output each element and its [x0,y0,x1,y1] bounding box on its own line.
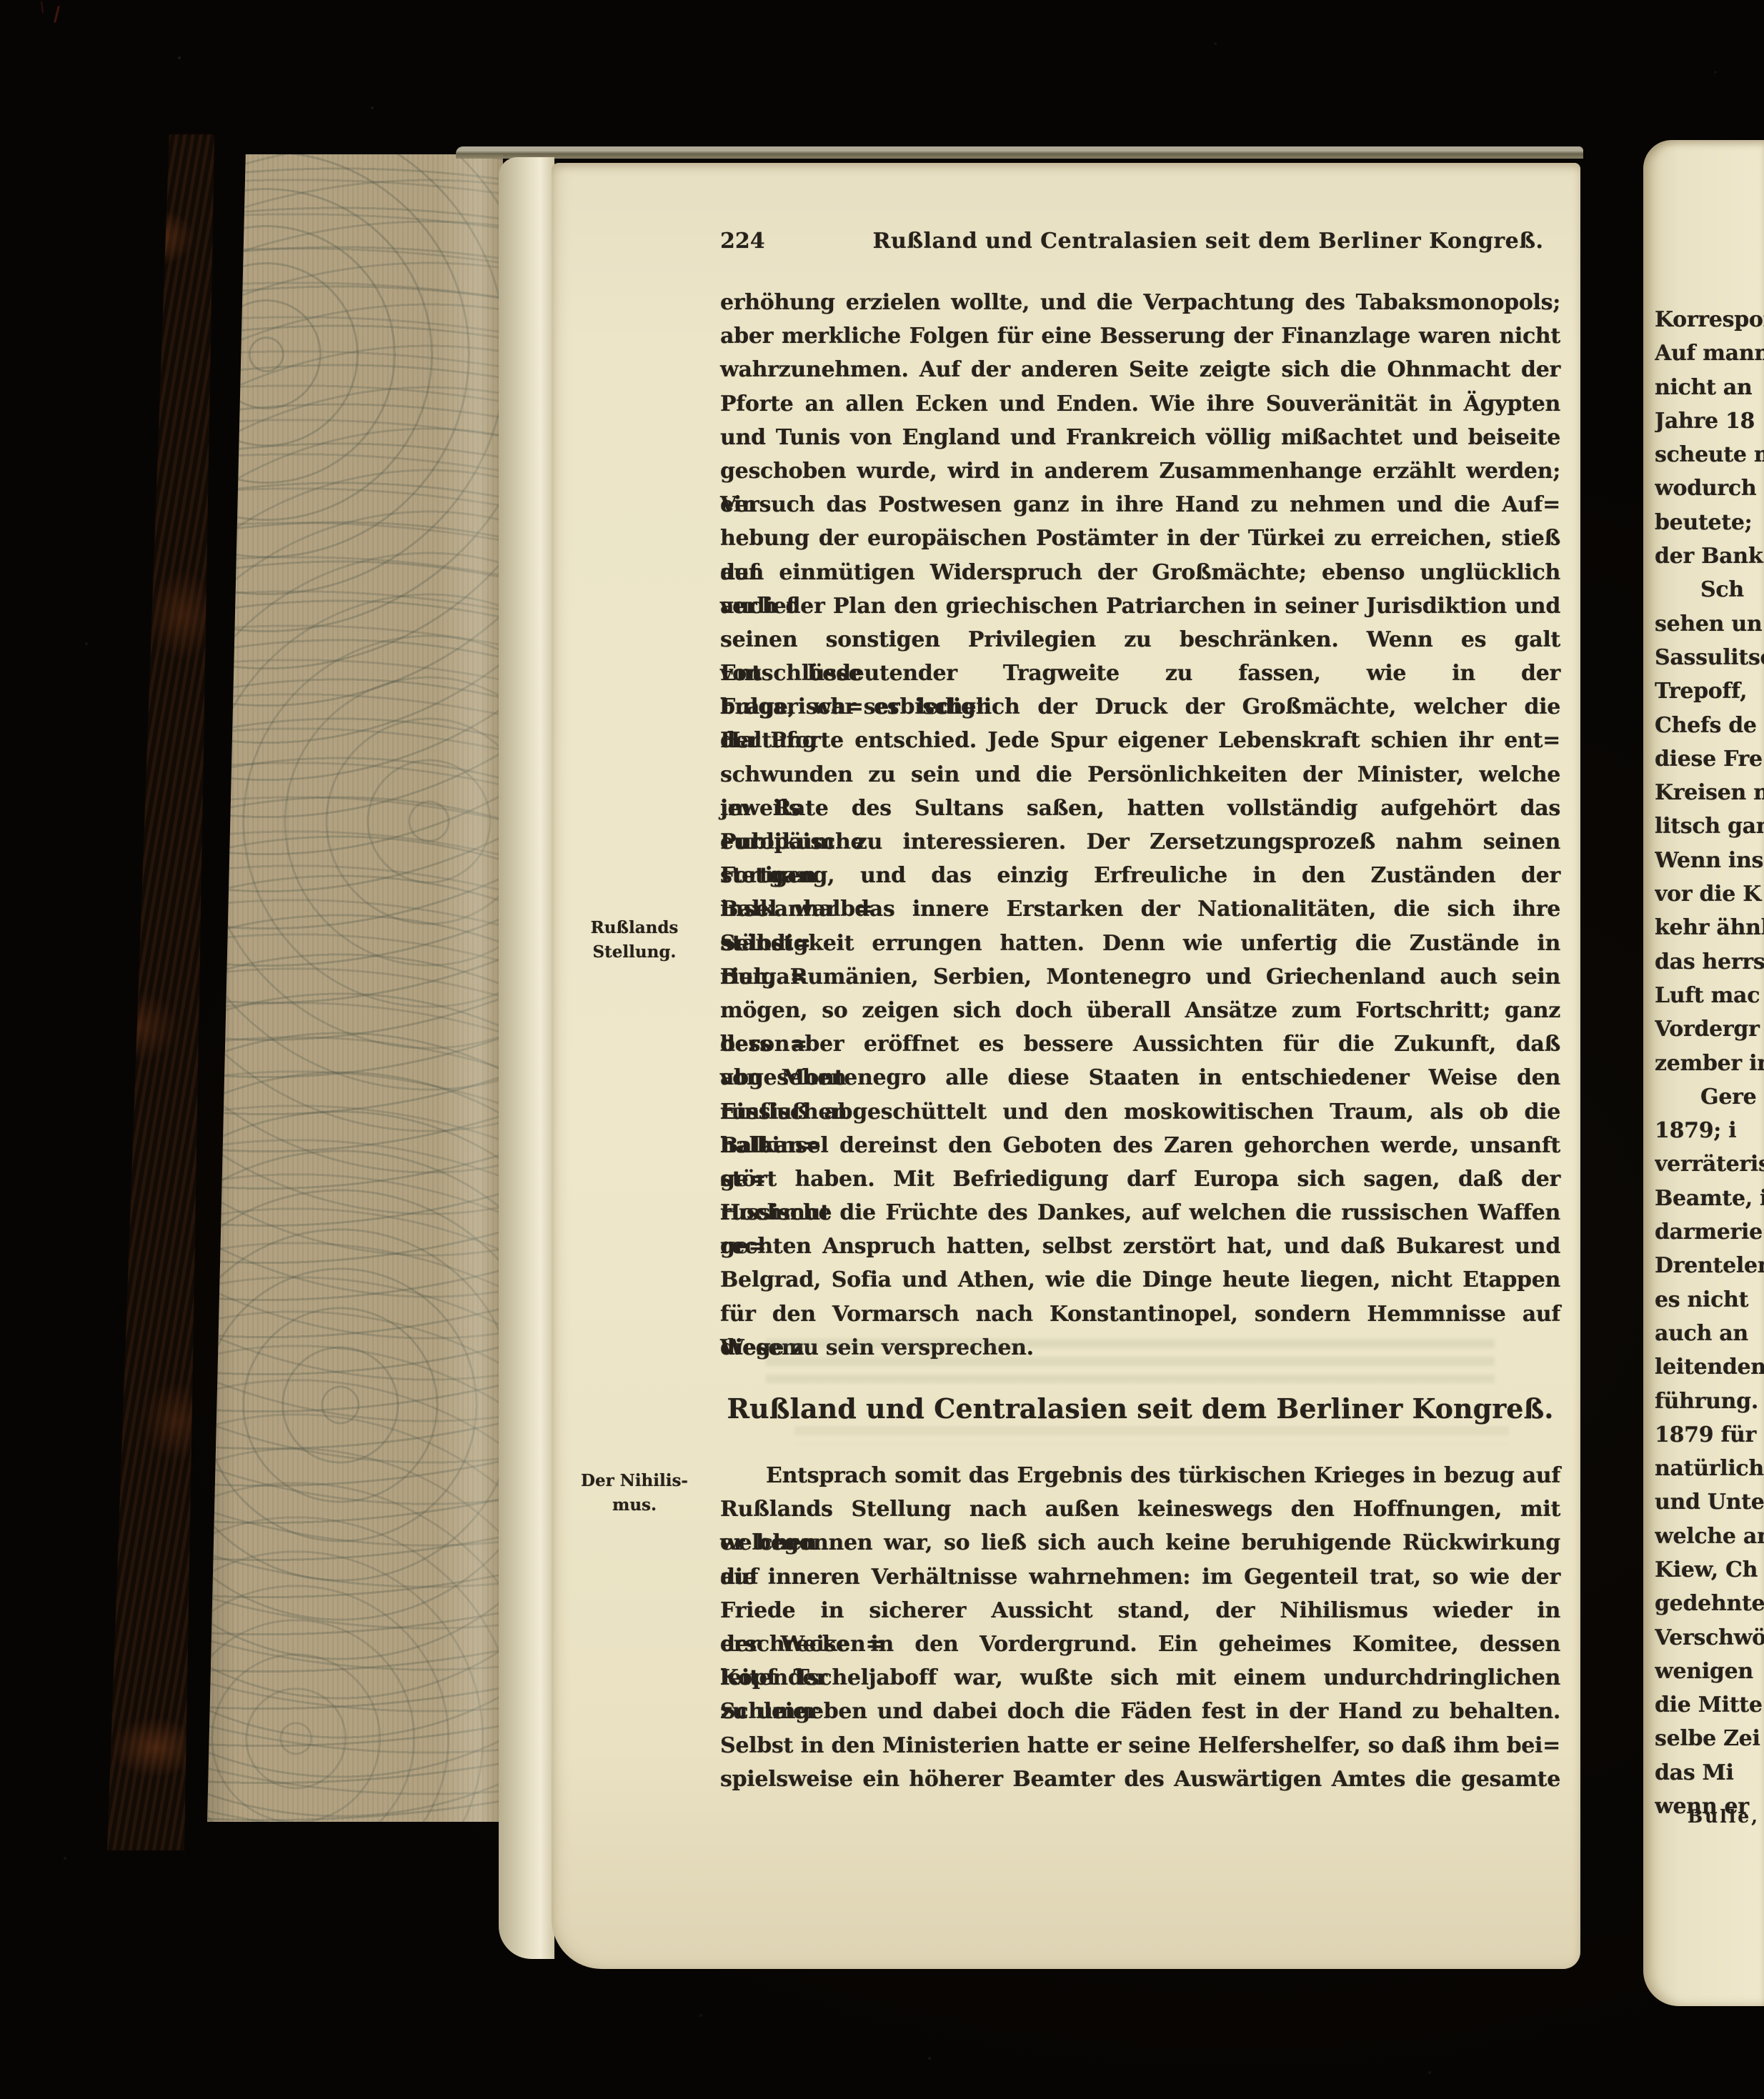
text-line: Sch [1655,573,1764,607]
text-line: welche an [1655,1520,1764,1553]
text-line: insel war das innere Erstarken der Natio… [720,892,1560,926]
text-line: er begonnen war, so ließ sich auch keine… [720,1526,1560,1560]
text-line: zember in [1655,1047,1764,1080]
text-line: auch der Plan den griechischen Patriarch… [720,589,1560,623]
text-line: ders aber eröffnet es bessere Aussichten… [720,1027,1560,1061]
marbled-fore-edge [207,154,503,1822]
text-line: das herrs [1655,945,1764,979]
paragraph-1: erhöhung erzielen wollte, und die Verpac… [720,286,1560,1365]
text-line: Publikum zu interessieren. Der Zersetzun… [720,825,1560,859]
text-line: Einfluß abgeschüttelt und den moskowitis… [720,1095,1560,1129]
text-line: Luft mac [1655,979,1764,1012]
gutter-shadow [1522,143,1650,2008]
text-line: verräteris [1655,1147,1764,1181]
text-line: natürlich [1655,1452,1764,1485]
dust-specks [0,0,1,1]
footer-signature: Bulle, 1 [1688,1806,1764,1827]
text-line: der Pforte entschied. Jede Spur eigener … [720,724,1560,757]
text-line: 1879 für [1655,1418,1764,1452]
text-line: spielsweise ein höherer Beamter des Ausw… [720,1763,1560,1796]
text-line: Trepoff, [1655,674,1764,708]
text-line: leitenden [1655,1350,1764,1384]
text-line: sehen un [1655,607,1764,641]
text-line: der Weise in den Vordergrund. Ein geheim… [720,1627,1560,1661]
page-number: 224 [720,224,765,258]
text-line: gedehnten [1655,1587,1764,1620]
text-line: im Rate des Sultans saßen, hatten vollst… [720,792,1560,825]
paragraph-2: Entsprach somit das Ergebnis des türkisc… [720,1459,1560,1796]
text-line: für den Vormarsch nach Konstantinopel, s… [720,1297,1560,1331]
left-page: 224 Rußland und Centralasien seit dem Be… [552,163,1580,1969]
text-line: Friede in sicherer Aussicht stand, der N… [720,1594,1560,1627]
text-line: den einmütigen Widerspruch der Großmächt… [720,556,1560,589]
text-line: Rußlands [556,916,713,940]
page-stack-left-edge [499,157,554,1959]
text-line: das Mi [1655,1756,1764,1790]
text-line: halbinsel dereinst den Geboten des Zaren… [720,1129,1560,1162]
page-stack-top-edge [456,146,1583,159]
text-line: und Tunis von England und Frankreich völ… [720,421,1560,454]
text-line: schwunden zu sein und die Persönlichkeit… [720,758,1560,792]
text-line: beutete; [1655,506,1764,539]
text-line: Frage, war es lediglich der Druck der Gr… [720,690,1560,724]
book-scan: 224 Rußland und Centralasien seit dem Be… [0,0,1764,2099]
text-line: Rußlands Stellung nach außen keineswegs … [720,1492,1560,1526]
text-line: die Mitte [1655,1688,1764,1722]
text-line: mus. [556,1493,713,1517]
text-line: Korrespon [1655,303,1764,336]
section-heading: Rußland und Centralasien seit dem Berlin… [720,1389,1560,1429]
text-line: Belgrad, Sofia und Athen, wie die Dinge … [720,1263,1560,1297]
text-line: Stellung. [556,940,713,964]
text-line: scheute m [1655,438,1764,472]
text-line: mögen, so zeigen sich doch überall Ansät… [720,994,1560,1027]
text-line: Sassulitsch [1655,641,1764,674]
page-header: 224 Rußland und Centralasien seit dem Be… [720,224,1560,258]
text-line: Selbst in den Ministerien hatte er seine… [720,1729,1560,1763]
text-line: Kreisen n [1655,776,1764,809]
text-line: diese Fre [1655,742,1764,776]
text-line: stört haben. Mit Befriedigung darf Europ… [720,1162,1560,1196]
text-line: rien, Rumänien, Serbien, Montenegro und … [720,960,1560,994]
text-line: Auf mann [1655,336,1764,370]
text-line: Vordergr [1655,1012,1764,1046]
text-line: zu umgeben und dabei doch die Fäden fest… [720,1695,1560,1728]
text-line: vor die K [1655,877,1764,911]
text-line: seinen sonstigen Privilegien zu beschrän… [720,623,1560,657]
book-cover-edge [107,134,214,1850]
text-line: nicht an [1655,371,1764,404]
right-page-sliver: KorresponAuf mannnicht anJahre 18scheute… [1643,140,1764,2006]
text-line: Entsprach somit das Ergebnis des türkisc… [720,1459,1560,1492]
text-line: Drentelen [1655,1249,1764,1282]
text-line: auch an [1655,1317,1764,1350]
text-line: und Unte [1655,1485,1764,1519]
text-line: darmerie [1655,1215,1764,1249]
text-line: geschoben wurde, wird in anderem Zusamme… [720,454,1560,488]
scratch-mark [41,1,44,13]
text-line: der Bank [1655,539,1764,573]
margin-note-russlands-stellung: RußlandsStellung. [556,916,713,964]
text-line: es nicht [1655,1283,1764,1317]
text-line: Hochmut die Früchte des Dankes, auf welc… [720,1196,1560,1230]
text-line: Gere [1655,1080,1764,1114]
text-line: wenigen [1655,1655,1764,1688]
text-line: Kiew, Ch [1655,1553,1764,1587]
text-line: selbe Zei [1655,1722,1764,1755]
text-line: wahrzunehmen. Auf der anderen Seite zeig… [720,353,1560,387]
text-line: kehr ähnl [1655,911,1764,944]
text-line: Wenn ins [1655,844,1764,877]
text-line: Jahre 18 [1655,404,1764,438]
show-through [766,1339,1495,1383]
right-page-text: KorresponAuf mannnicht anJahre 18scheute… [1655,303,1764,1823]
text-line: litsch gan [1655,809,1764,843]
text-line: wodurch [1655,472,1764,505]
scratch-mark [54,6,60,23]
margin-note-der-nihilismus: Der Nihilis-mus. [556,1469,713,1517]
text-line: Kopf Tscheljaboff war, wußte sich mit ei… [720,1661,1560,1695]
text-line: Chefs de [1655,709,1764,742]
text-line: 1879; i [1655,1114,1764,1147]
text-line: Verschwö [1655,1621,1764,1655]
text-line: Pforte an allen Ecken und Enden. Wie ihr… [720,387,1560,421]
text-line: erhöhung erzielen wollte, und die Verpac… [720,286,1560,319]
text-line: Beamte, i [1655,1182,1764,1215]
text-line: Der Nihilis- [556,1469,713,1493]
text-line: von bedeutender Tragweite zu fassen, wie… [720,657,1560,690]
text-line: die inneren Verhältnisse wahrnehmen: im … [720,1560,1560,1594]
text-line: von Montenegro alle diese Staaten in ent… [720,1061,1560,1095]
text-line: rechten Anspruch hatten, selbst zerstört… [720,1230,1560,1263]
text-line: führung. [1655,1385,1764,1418]
text-line: Versuch das Postwesen ganz in ihre Hand … [720,488,1560,522]
running-title: Rußland und Centralasien seit dem Berlin… [720,224,1560,258]
text-line: Fortgang, und das einzig Erfreuliche in … [720,859,1560,892]
text-line: hebung der europäischen Postämter in der… [720,522,1560,555]
text-line: ständigkeit errungen hatten. Denn wie un… [720,927,1560,960]
text-line: aber merkliche Folgen für eine Besserung… [720,319,1560,353]
